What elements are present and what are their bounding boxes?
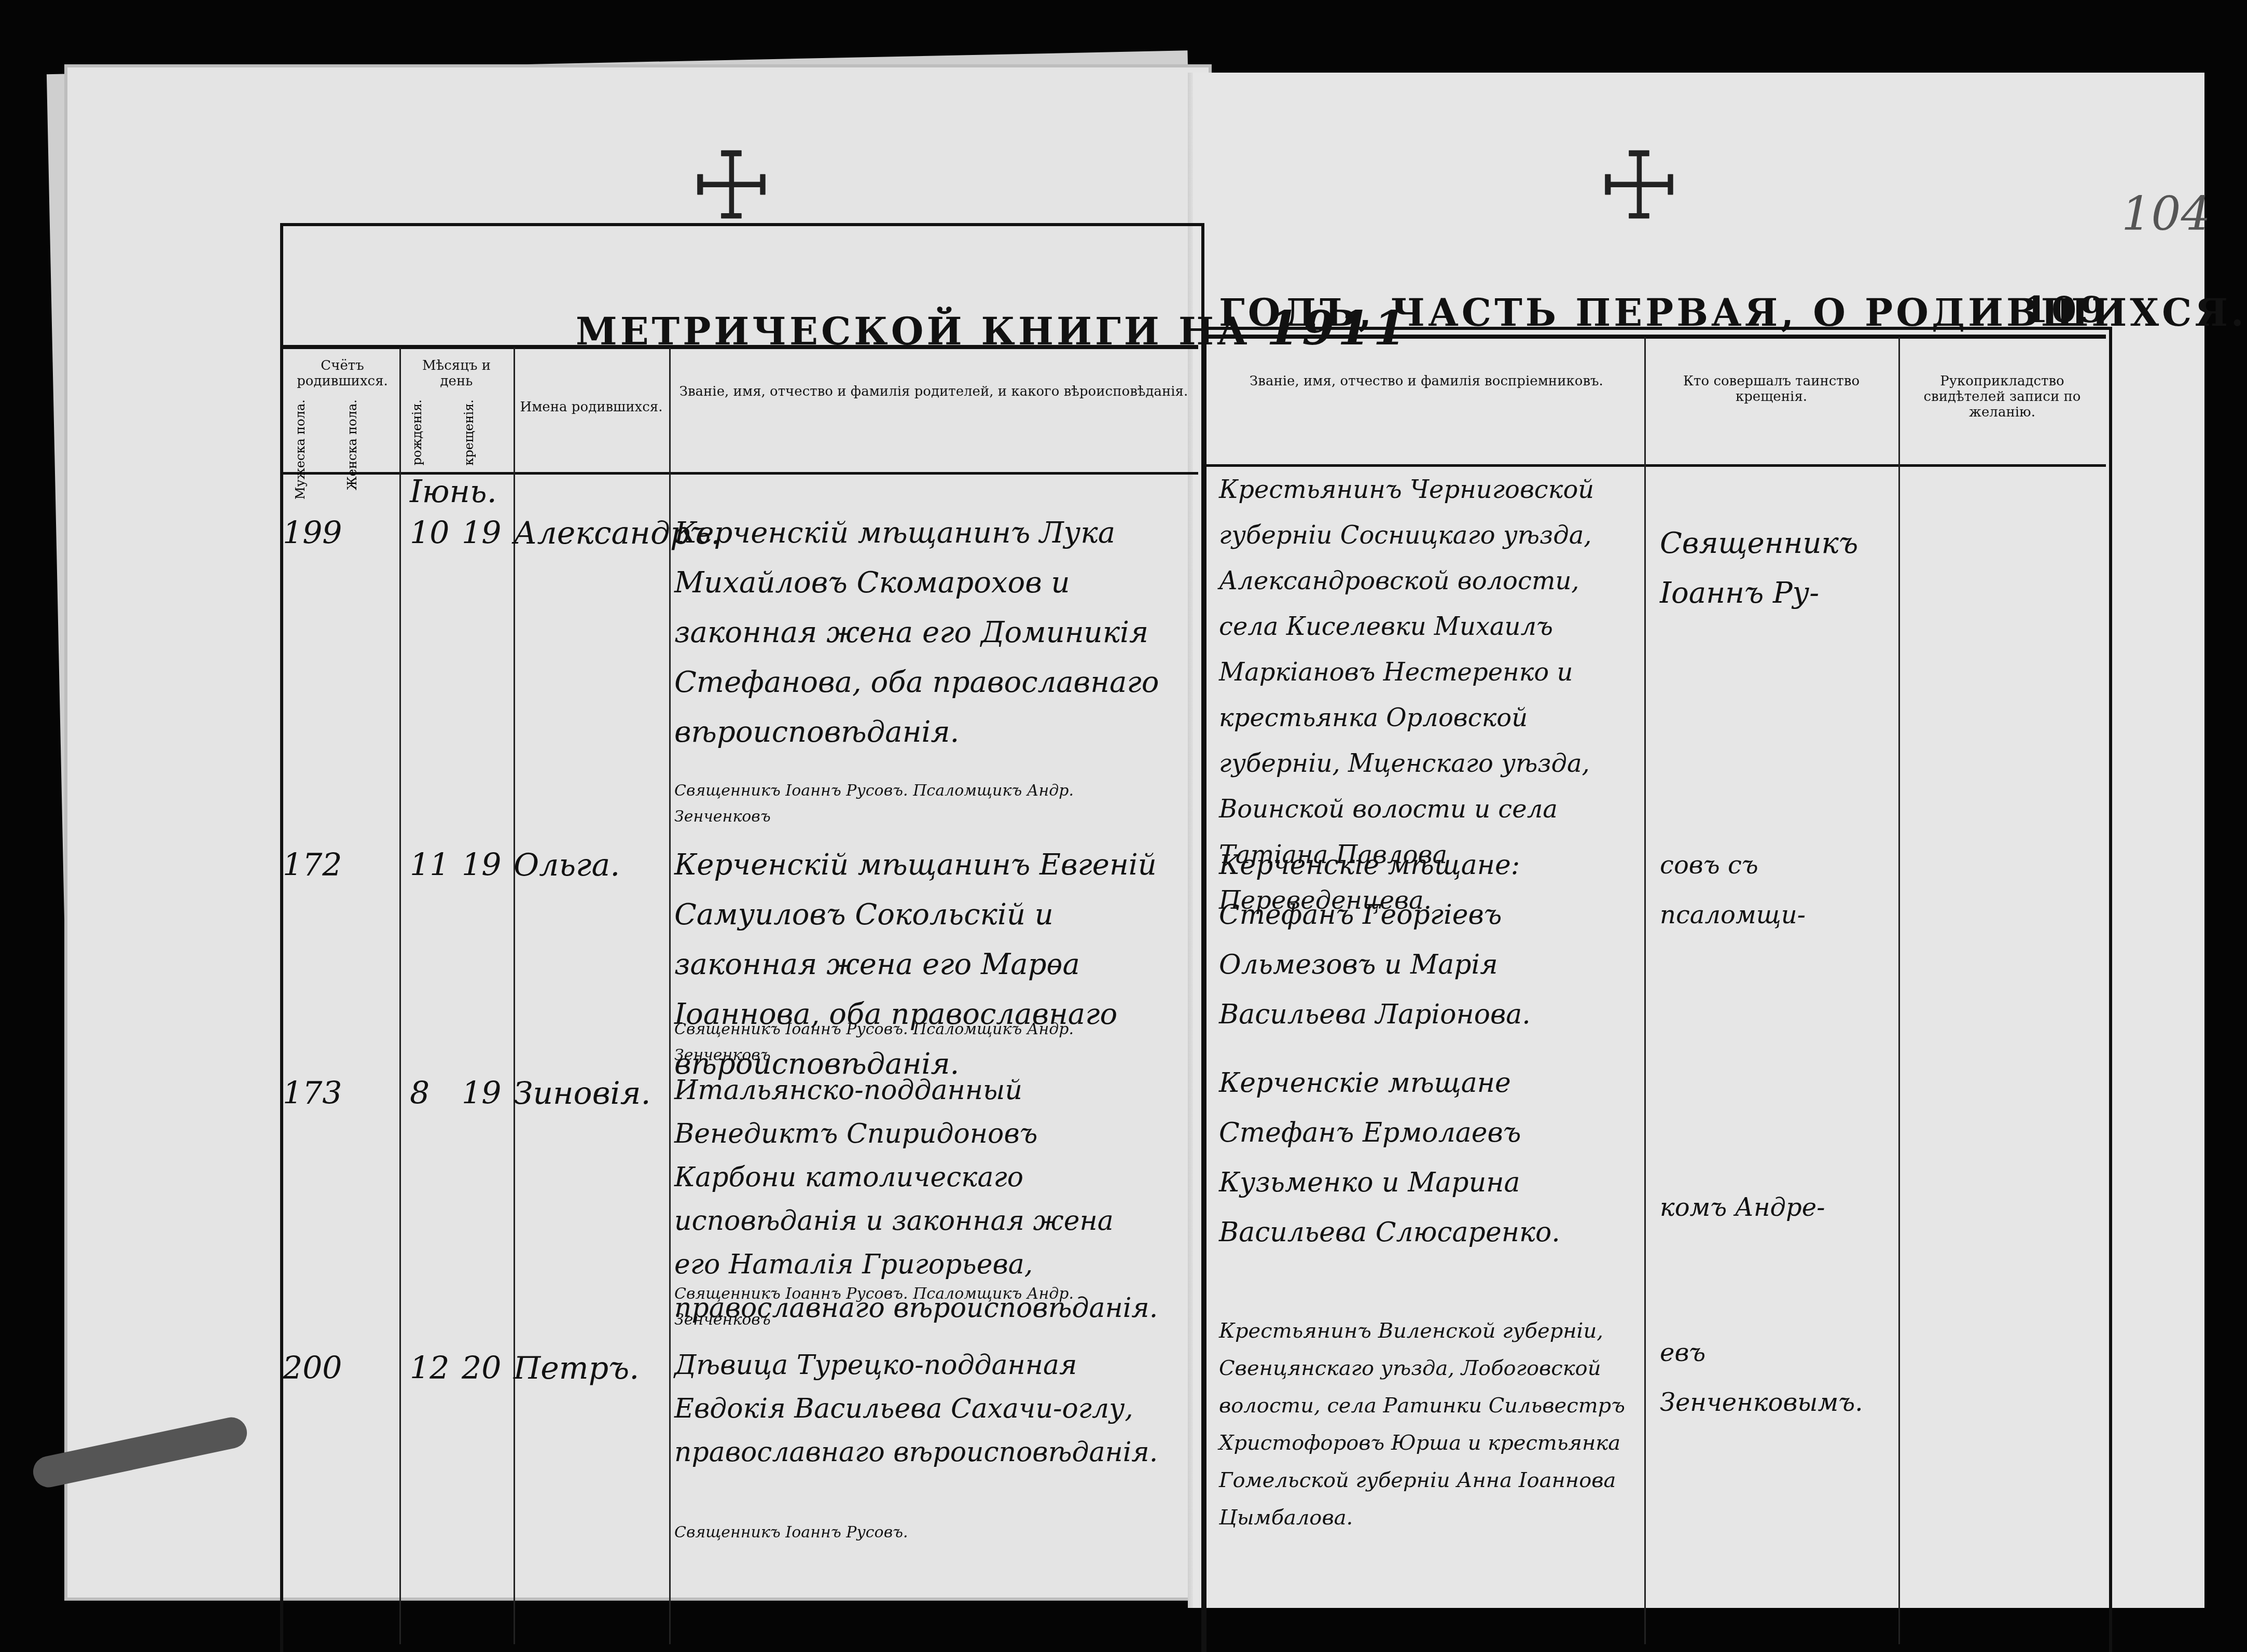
header-witnesses: Рукоприкладство свидѣтелей записи по жел… [1904,373,2101,420]
entry-note: Священникъ Іоаннъ Русовъ. Псаломщикъ Анд… [674,1017,1167,1068]
entry-godparents: Керченскіе мѣщане Стефанъ Ермолаевъ Кузь… [1219,1058,1634,1257]
col-divider [399,348,401,1644]
header-godparents: Званіе, имя, отчество и фамилія воспріем… [1214,373,1639,389]
entry-name: Петръ. [514,1343,639,1393]
page-number: 109 [2023,288,2108,331]
entry-note: Священникъ Іоаннъ Русовъ. [674,1520,1167,1546]
entry-parents: Керченскій мѣщанинъ Лука Михайловъ Скома… [674,508,1167,757]
entry-priest: комъ Андре- [1660,1183,1888,1232]
entry-baptized-day: 19 [462,508,501,558]
header-parents: Званіе, имя, отчество и фамилія родителе… [674,384,1193,399]
entry-born-day: 8 [410,1068,429,1118]
entry-number: 200 [283,1343,342,1393]
entry-number: 173 [283,1068,342,1118]
header-male: Мужеска пола. [293,399,308,499]
entry-note: Священникъ Іоаннъ Русовъ. Псаломщикъ Анд… [674,778,1167,830]
entry-born-day: 12 [410,1343,449,1393]
entry-priest: Священникъ Іоаннъ Ру- [1660,519,1888,618]
header-baptized: крещенія. [462,399,476,466]
entry-parents: Дѣвица Турецко-подданная Евдокія Василье… [674,1343,1167,1474]
entry-number: 172 [283,840,342,890]
entry-priest: совъ съ псаломщи- [1660,840,1888,940]
entry-godparents: Крестьянинъ Виленской губерніи, Свенцянс… [1219,1312,1634,1536]
header-month-day: Мѣсяцъ и день [405,358,508,389]
header-names: Имена родившихся. [519,399,664,415]
entry-number: 199 [283,508,342,558]
imperial-eagle-crest-right: ☩ [1572,124,1707,259]
header-count: Счётъ родившихся. [290,358,394,389]
col-divider [1644,337,1646,1644]
header-rule-right [1203,335,2106,339]
header-priest: Кто совершалъ таинство крещенія. [1649,373,1893,405]
entry-baptized-day: 19 [462,1068,501,1118]
entry-priest: евъ Зенченковымъ. [1660,1328,1888,1427]
entry-name: Ольга. [514,840,620,890]
entry-born-day: 11 [410,840,449,890]
header-female: Женска пола. [345,399,359,490]
entry-baptized-day: 19 [462,840,501,890]
entry-godparents: Керченскіе мѣщане: Стефанъ Георгіевъ Оль… [1219,840,1634,1039]
entry-note: Священникъ Іоаннъ Русовъ. Псаломщикъ Анд… [674,1281,1167,1333]
entry-baptized-day: 20 [462,1343,501,1393]
entry-name: Зиновія. [514,1068,651,1118]
entry-born-day: 10 [410,508,449,558]
col-divider [1898,337,1900,1644]
header-born: рожденія. [410,399,424,465]
pencil-page-number: 104 [2121,187,2211,241]
header-rule-left [280,345,1198,349]
